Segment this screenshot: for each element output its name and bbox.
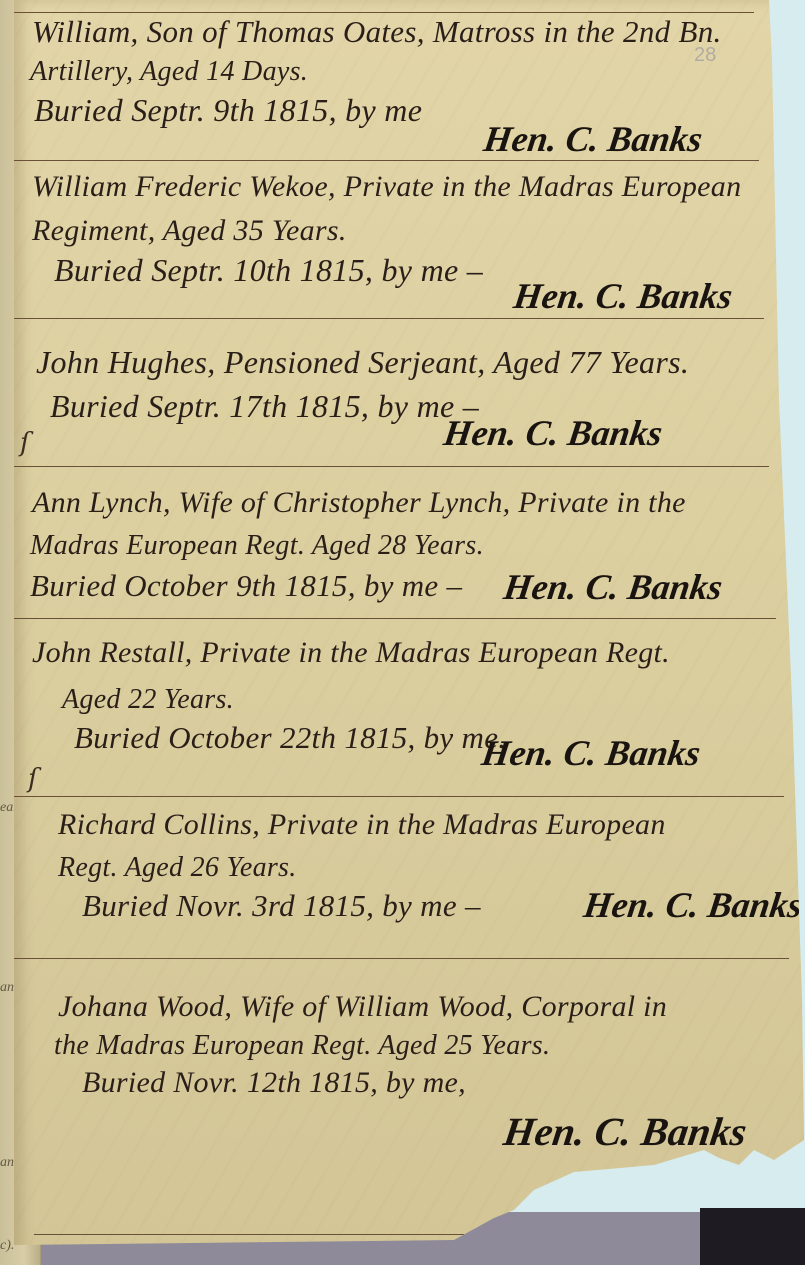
entry-line-1: William, Son of Thomas Oates, Matross in… xyxy=(32,14,722,50)
divider-line xyxy=(14,318,764,319)
entry-line-2: Madras European Regt. Aged 28 Years. xyxy=(30,530,484,562)
entry-line-1: John Restall, Private in the Madras Euro… xyxy=(32,636,670,670)
entry-line-2: Aged 22 Years. xyxy=(62,684,234,716)
entry-burial-line: Buried Septr. 17th 1815, by me – xyxy=(50,388,479,425)
divider-line xyxy=(14,12,754,13)
entry-line-1: William Frederic Wekoe, Private in the M… xyxy=(32,170,741,204)
entry-line-1: Richard Collins, Private in the Madras E… xyxy=(58,808,666,842)
entry-burial-line: Buried October 22th 1815, by me. xyxy=(74,720,506,756)
entry-burial-line: Buried Septr. 10th 1815, by me – xyxy=(54,252,483,289)
entry-burial-line: Buried Septr. 9th 1815, by me xyxy=(34,92,422,129)
divider-line xyxy=(14,160,759,161)
officiant-signature: Hen. C. Banks xyxy=(479,732,703,774)
officiant-signature: Hen. C. Banks xyxy=(441,412,665,454)
entry-line-2: Regiment, Aged 35 Years. xyxy=(32,214,347,248)
officiant-signature: Hen. C. Banks xyxy=(481,118,705,160)
entry-line-1: Johana Wood, Wife of William Wood, Corpo… xyxy=(58,990,667,1024)
officiant-signature: Hen. C. Banks xyxy=(501,566,725,608)
facing-page-fragment: an xyxy=(0,980,14,996)
entry-line-2: Artillery, Aged 14 Days. xyxy=(30,56,308,88)
entry-line-1: Ann Lynch, Wife of Christopher Lynch, Pr… xyxy=(32,486,686,520)
entry-burial-line: Buried Novr. 3rd 1815, by me – xyxy=(82,888,481,924)
officiant-signature: Hen. C. Banks xyxy=(511,275,735,317)
divider-line xyxy=(14,958,789,959)
entry-line-2: the Madras European Regt. Aged 25 Years. xyxy=(54,1030,550,1062)
officiant-signature: Hen. C. Banks xyxy=(581,884,805,926)
margin-mark: ſ xyxy=(20,428,30,458)
entry-burial-line: Buried Novr. 12th 1815, by me, xyxy=(82,1066,466,1100)
entry-line-2: Regt. Aged 26 Years. xyxy=(58,852,297,884)
divider-line xyxy=(14,466,769,467)
entry-burial-line: Buried October 9th 1815, by me – xyxy=(30,568,462,604)
margin-mark: ſ xyxy=(28,764,38,794)
facing-page-fragment: an xyxy=(0,1155,14,1171)
officiant-signature: Hen. C. Banks xyxy=(501,1108,750,1155)
table-shadow xyxy=(700,1208,805,1265)
divider-line xyxy=(14,796,784,797)
register-page: 28 William, Son of Thomas Oates, Matross… xyxy=(14,0,804,1262)
entry-line-1: John Hughes, Pensioned Serjeant, Aged 77… xyxy=(36,344,689,381)
bottom-rule xyxy=(34,1234,464,1235)
divider-line xyxy=(14,618,776,619)
facing-page-fragment: c). xyxy=(0,1238,14,1254)
